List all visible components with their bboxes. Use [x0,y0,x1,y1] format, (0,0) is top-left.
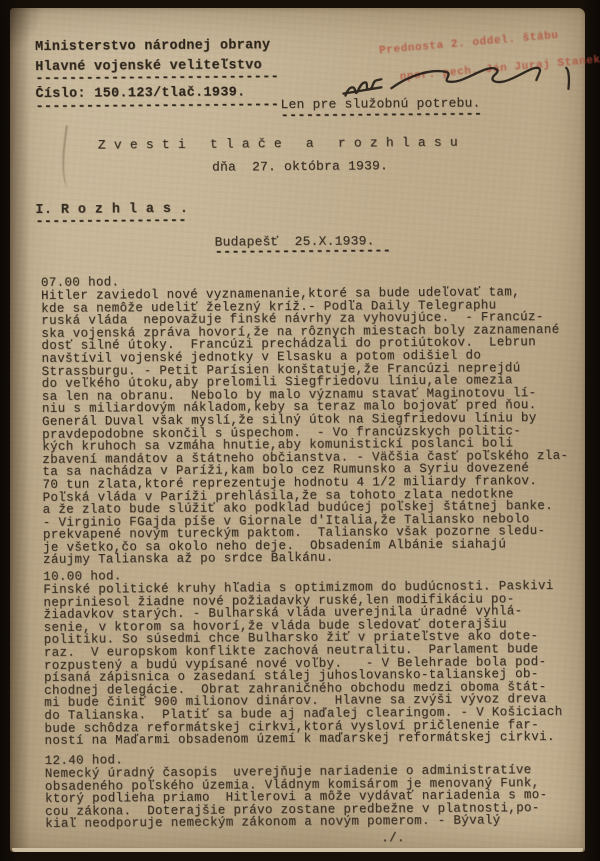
confidential-underline: ------------------------ [281,108,483,125]
document-title: Z v e s t i t l a č e a r o z h l a s u [98,135,458,153]
continuation-mark: ./. [381,832,405,845]
document-date: dňa 27. októbra 1939. [212,158,388,174]
news-paragraph: Nemecký úradný časopis uverejňuje nariad… [45,764,593,831]
org-name-line1: Ministerstvo národnej obrany [35,38,270,55]
scanned-document: Ministerstvo národnej obrany Hlavné voje… [0,0,600,861]
page-content: Ministerstvo národnej obrany Hlavné voje… [0,0,600,861]
news-paragraph: Hitler zaviedol nové vyznamenanie,ktoré … [41,286,591,567]
news-paragraph: Finské politické kruhy hľadia s optimizm… [43,580,592,748]
dateline-underline: --------------------- [215,244,392,260]
news-section-1240: 12.40 hod. Nemecký úradný časopis uverej… [45,750,594,831]
letterhead-divider: ----------------------------- [35,98,279,115]
section-heading-underline: ------------------ [35,214,186,230]
news-section-0700: 07.00 hod. Hitler zaviedol nové vyznamen… [41,272,591,567]
news-section-1000: 10.00 hod. Finské politické kruhy hľadia… [43,566,592,748]
